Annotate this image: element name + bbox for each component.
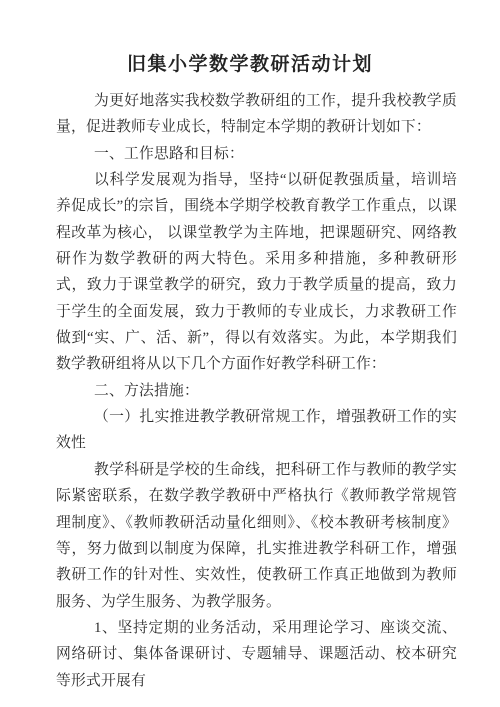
subsection-heading-routine-work: （一）扎实推进教学教研常规工作，增强教研工作的实效性: [56, 404, 457, 457]
document-page: 旧集小学数学教研活动计划 为更好地落实我校数学教研组的工作，提升我校教学质量，促…: [0, 0, 500, 707]
document-body: 为更好地落实我校数学教研组的工作，提升我校教学质量，促进教师专业成长，特制定本学…: [56, 88, 457, 694]
body-paragraph-routine-work: 教学科研是学校的生命线，把科研工作与教师的教学实际紧密联系，在数学教学教研中严格…: [56, 457, 457, 615]
document-title: 旧集小学数学教研活动计划: [0, 52, 500, 78]
section-heading-work-goals: 一、工作思路和目标：: [56, 141, 457, 167]
body-paragraph-goals: 以科学发展观为指导，坚持“以研促教强质量，培训培养促成长”的宗旨，围绕本学期学校…: [56, 167, 457, 378]
section-heading-methods: 二、方法措施：: [56, 378, 457, 404]
numbered-item-1: 1、坚持定期的业务活动，采用理论学习、座谈交流、网络研讨、集体备课研讨、专题辅导…: [56, 615, 457, 694]
intro-paragraph: 为更好地落实我校数学教研组的工作，提升我校教学质量，促进教师专业成长，特制定本学…: [56, 88, 457, 141]
